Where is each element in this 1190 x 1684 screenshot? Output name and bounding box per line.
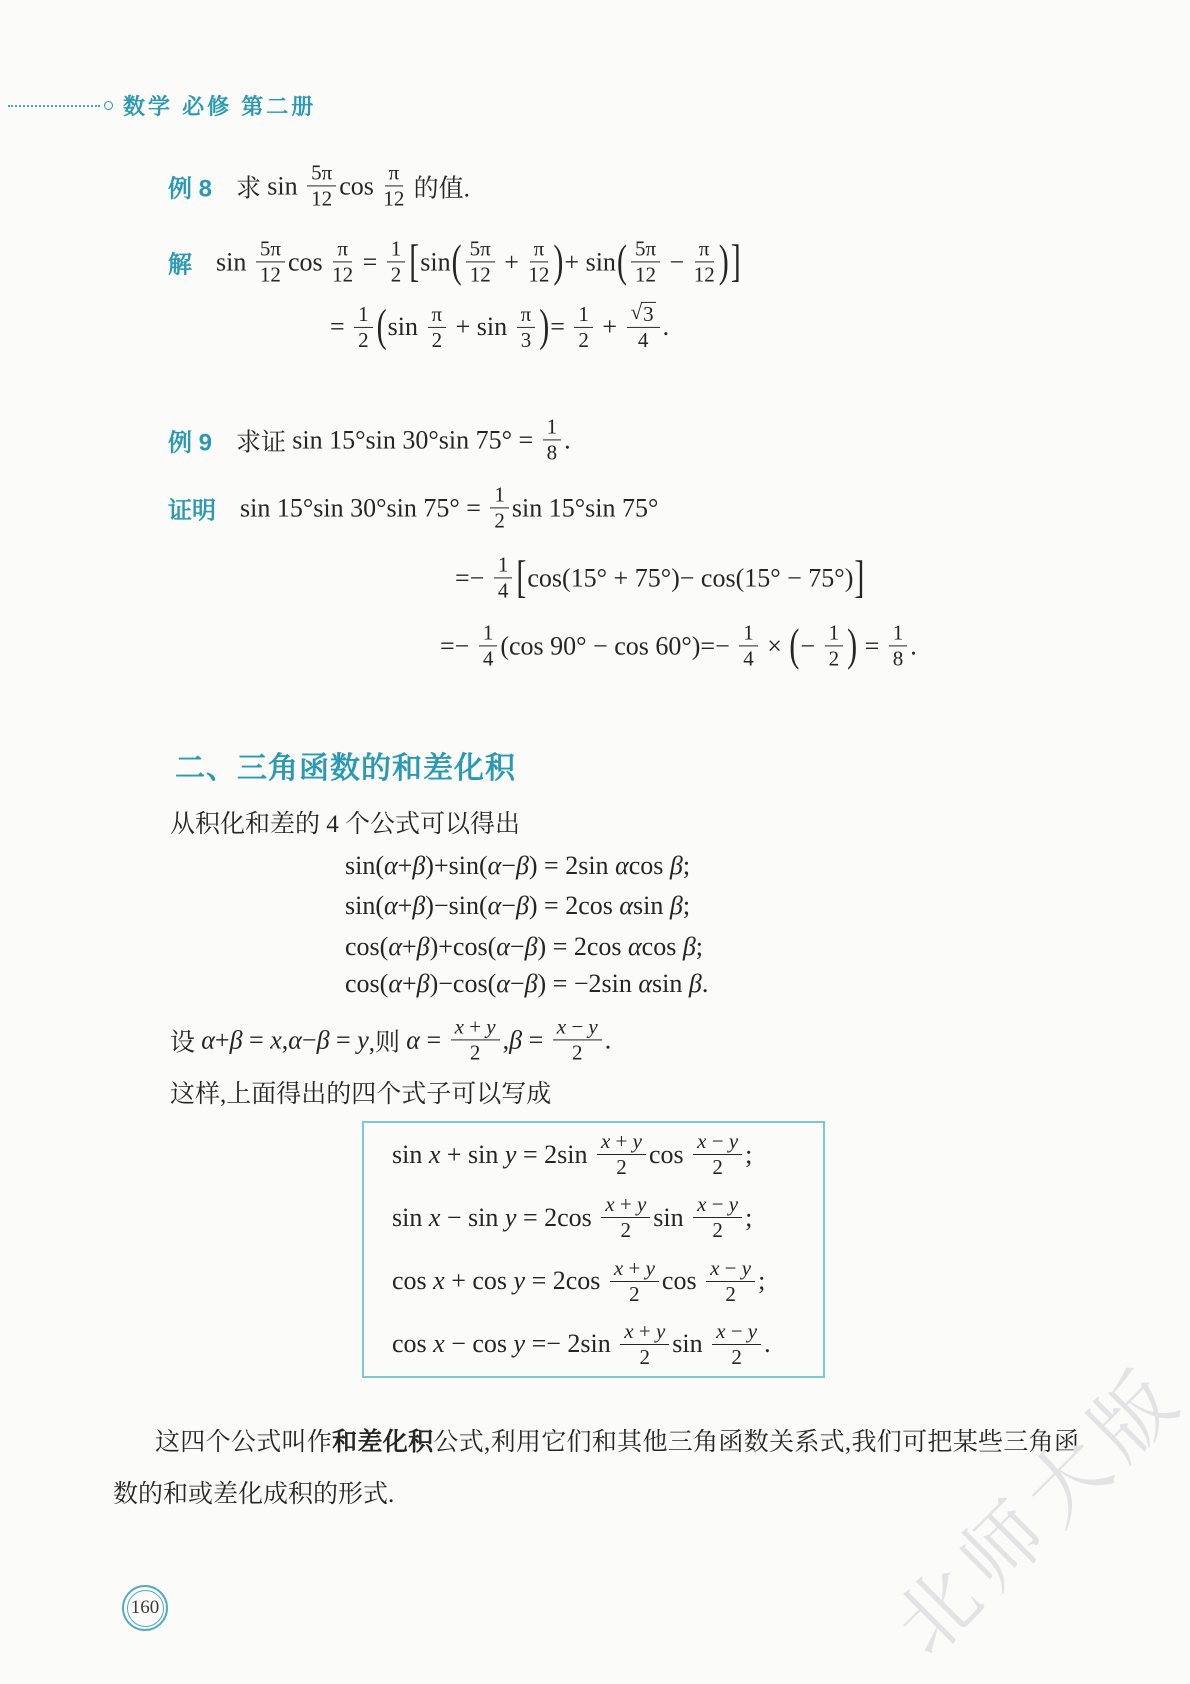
solution-label: 解 xyxy=(168,245,192,280)
example8-solution-math2: = 12(sin π2 + sin π3)= 12 + √34. xyxy=(330,302,669,352)
example8-problem-math: 求 sin 5π12cos π12 的值. xyxy=(236,161,470,210)
example8-solution-math1: sin 5π12cos π12 = 12[sin(5π12 + π12)+ si… xyxy=(216,237,742,286)
example9-problem-math: 求证 sin 15°sin 30°sin 75° = 18. xyxy=(236,415,571,464)
example9-proof-line3: =− 14(cos 90° − cos 60°)=− 14 × (− 12) =… xyxy=(440,621,917,670)
page-number-badge: 160 xyxy=(122,1585,168,1631)
formula-math: cos(α+β)+cos(α−β) = 2cos αcos β; xyxy=(345,932,703,962)
textbook-page: { "page": { "accent_color": "#2a9ab4", "… xyxy=(0,0,1190,1684)
boxed-formula-2: sin x − sin y = 2cos x + y2sin x − y2; xyxy=(392,1193,823,1242)
formula-math: sin x − sin y = 2cos x + y2sin x − y2; xyxy=(392,1193,752,1242)
example9-problem-line: 例 9 求证 sin 15°sin 30°sin 75° = 18. xyxy=(168,415,571,464)
example9-proof-math2: =− 14[cos(15° + 75°)− cos(15° − 75°)] xyxy=(455,553,865,602)
example9-proof-math3: =− 14(cos 90° − cos 60°)=− 14 × (− 12) =… xyxy=(440,621,917,670)
example9-proof-line1: 证明 sin 15°sin 30°sin 75° = 12sin 15°sin … xyxy=(168,483,658,532)
product-to-sum-formula-2: sin(α+β)−sin(α−β) = 2cos αsin β; xyxy=(345,891,690,921)
formula-math: cos(α+β)−cos(α−β) = −2sin αsin β. xyxy=(345,969,708,999)
boxed-formula-1: sin x + sin y = 2sin x + y2cos x − y2; xyxy=(392,1130,823,1179)
formula-math: sin x + sin y = 2sin x + y2cos x − y2; xyxy=(392,1130,752,1179)
boxed-formula-4: cos x − cos y =− 2sin x + y2sin x − y2. xyxy=(392,1320,823,1369)
substitution-math: 设 α+β = x,α−β = y,则 α = x + y2,β = x − y… xyxy=(170,1015,611,1064)
product-to-sum-formula-4: cos(α+β)−cos(α−β) = −2sin αsin β. xyxy=(345,969,708,999)
closing-paragraph: 这四个公式叫作和差化积公式,利用它们和其他三角函数关系式,我们可把某些三角函数的… xyxy=(113,1417,1079,1521)
example9-label: 例 9 xyxy=(168,423,212,458)
section-heading: 二、三角函数的和差化积 xyxy=(175,743,516,787)
book-title: 数学 必修 第二册 xyxy=(123,90,316,121)
substitution-line: 设 α+β = x,α−β = y,则 α = x + y2,β = x − y… xyxy=(170,1015,611,1064)
header-dotted-rule xyxy=(8,105,100,107)
example9-proof-line2: =− 14[cos(15° + 75°)− cos(15° − 75°)] xyxy=(455,553,865,602)
example8-solution-line2: = 12(sin π2 + sin π3)= 12 + √34. xyxy=(330,302,669,352)
lead-in-text: 这样,上面得出的四个式子可以写成 xyxy=(170,1074,551,1110)
formula-math: cos x − cos y =− 2sin x + y2sin x − y2. xyxy=(392,1320,771,1369)
product-to-sum-formula-3: cos(α+β)+cos(α−β) = 2cos αcos β; xyxy=(345,932,703,962)
example8-problem-line: 例 8 求 sin 5π12cos π12 的值. xyxy=(168,161,470,210)
section-intro: 从积化和差的 4 个公式可以得出 xyxy=(170,804,520,840)
proof-label: 证明 xyxy=(168,491,216,526)
page-header: 数学 必修 第二册 xyxy=(8,90,316,121)
lead-in-line: 这样,上面得出的四个式子可以写成 xyxy=(170,1074,551,1110)
example9-proof-math1: sin 15°sin 30°sin 75° = 12sin 15°sin 75° xyxy=(240,483,658,532)
header-circle-icon xyxy=(104,101,113,110)
formula-math: sin(α+β)−sin(α−β) = 2cos αsin β; xyxy=(345,891,690,921)
example8-solution-line1: 解 sin 5π12cos π12 = 12[sin(5π12 + π12)+ … xyxy=(168,237,742,286)
sum-to-product-formula-box: sin x + sin y = 2sin x + y2cos x − y2; s… xyxy=(362,1121,825,1378)
formula-math: cos x + cos y = 2cos x + y2cos x − y2; xyxy=(392,1257,765,1306)
section-heading-line: 二、三角函数的和差化积 xyxy=(175,743,516,787)
example8-label: 例 8 xyxy=(168,169,212,204)
section-intro-line: 从积化和差的 4 个公式可以得出 xyxy=(170,804,520,840)
formula-math: sin(α+β)+sin(α−β) = 2sin αcos β; xyxy=(345,851,690,881)
product-to-sum-formula-1: sin(α+β)+sin(α−β) = 2sin αcos β; xyxy=(345,851,690,881)
boxed-formula-3: cos x + cos y = 2cos x + y2cos x − y2; xyxy=(392,1257,823,1306)
page-number: 160 xyxy=(127,1590,164,1627)
